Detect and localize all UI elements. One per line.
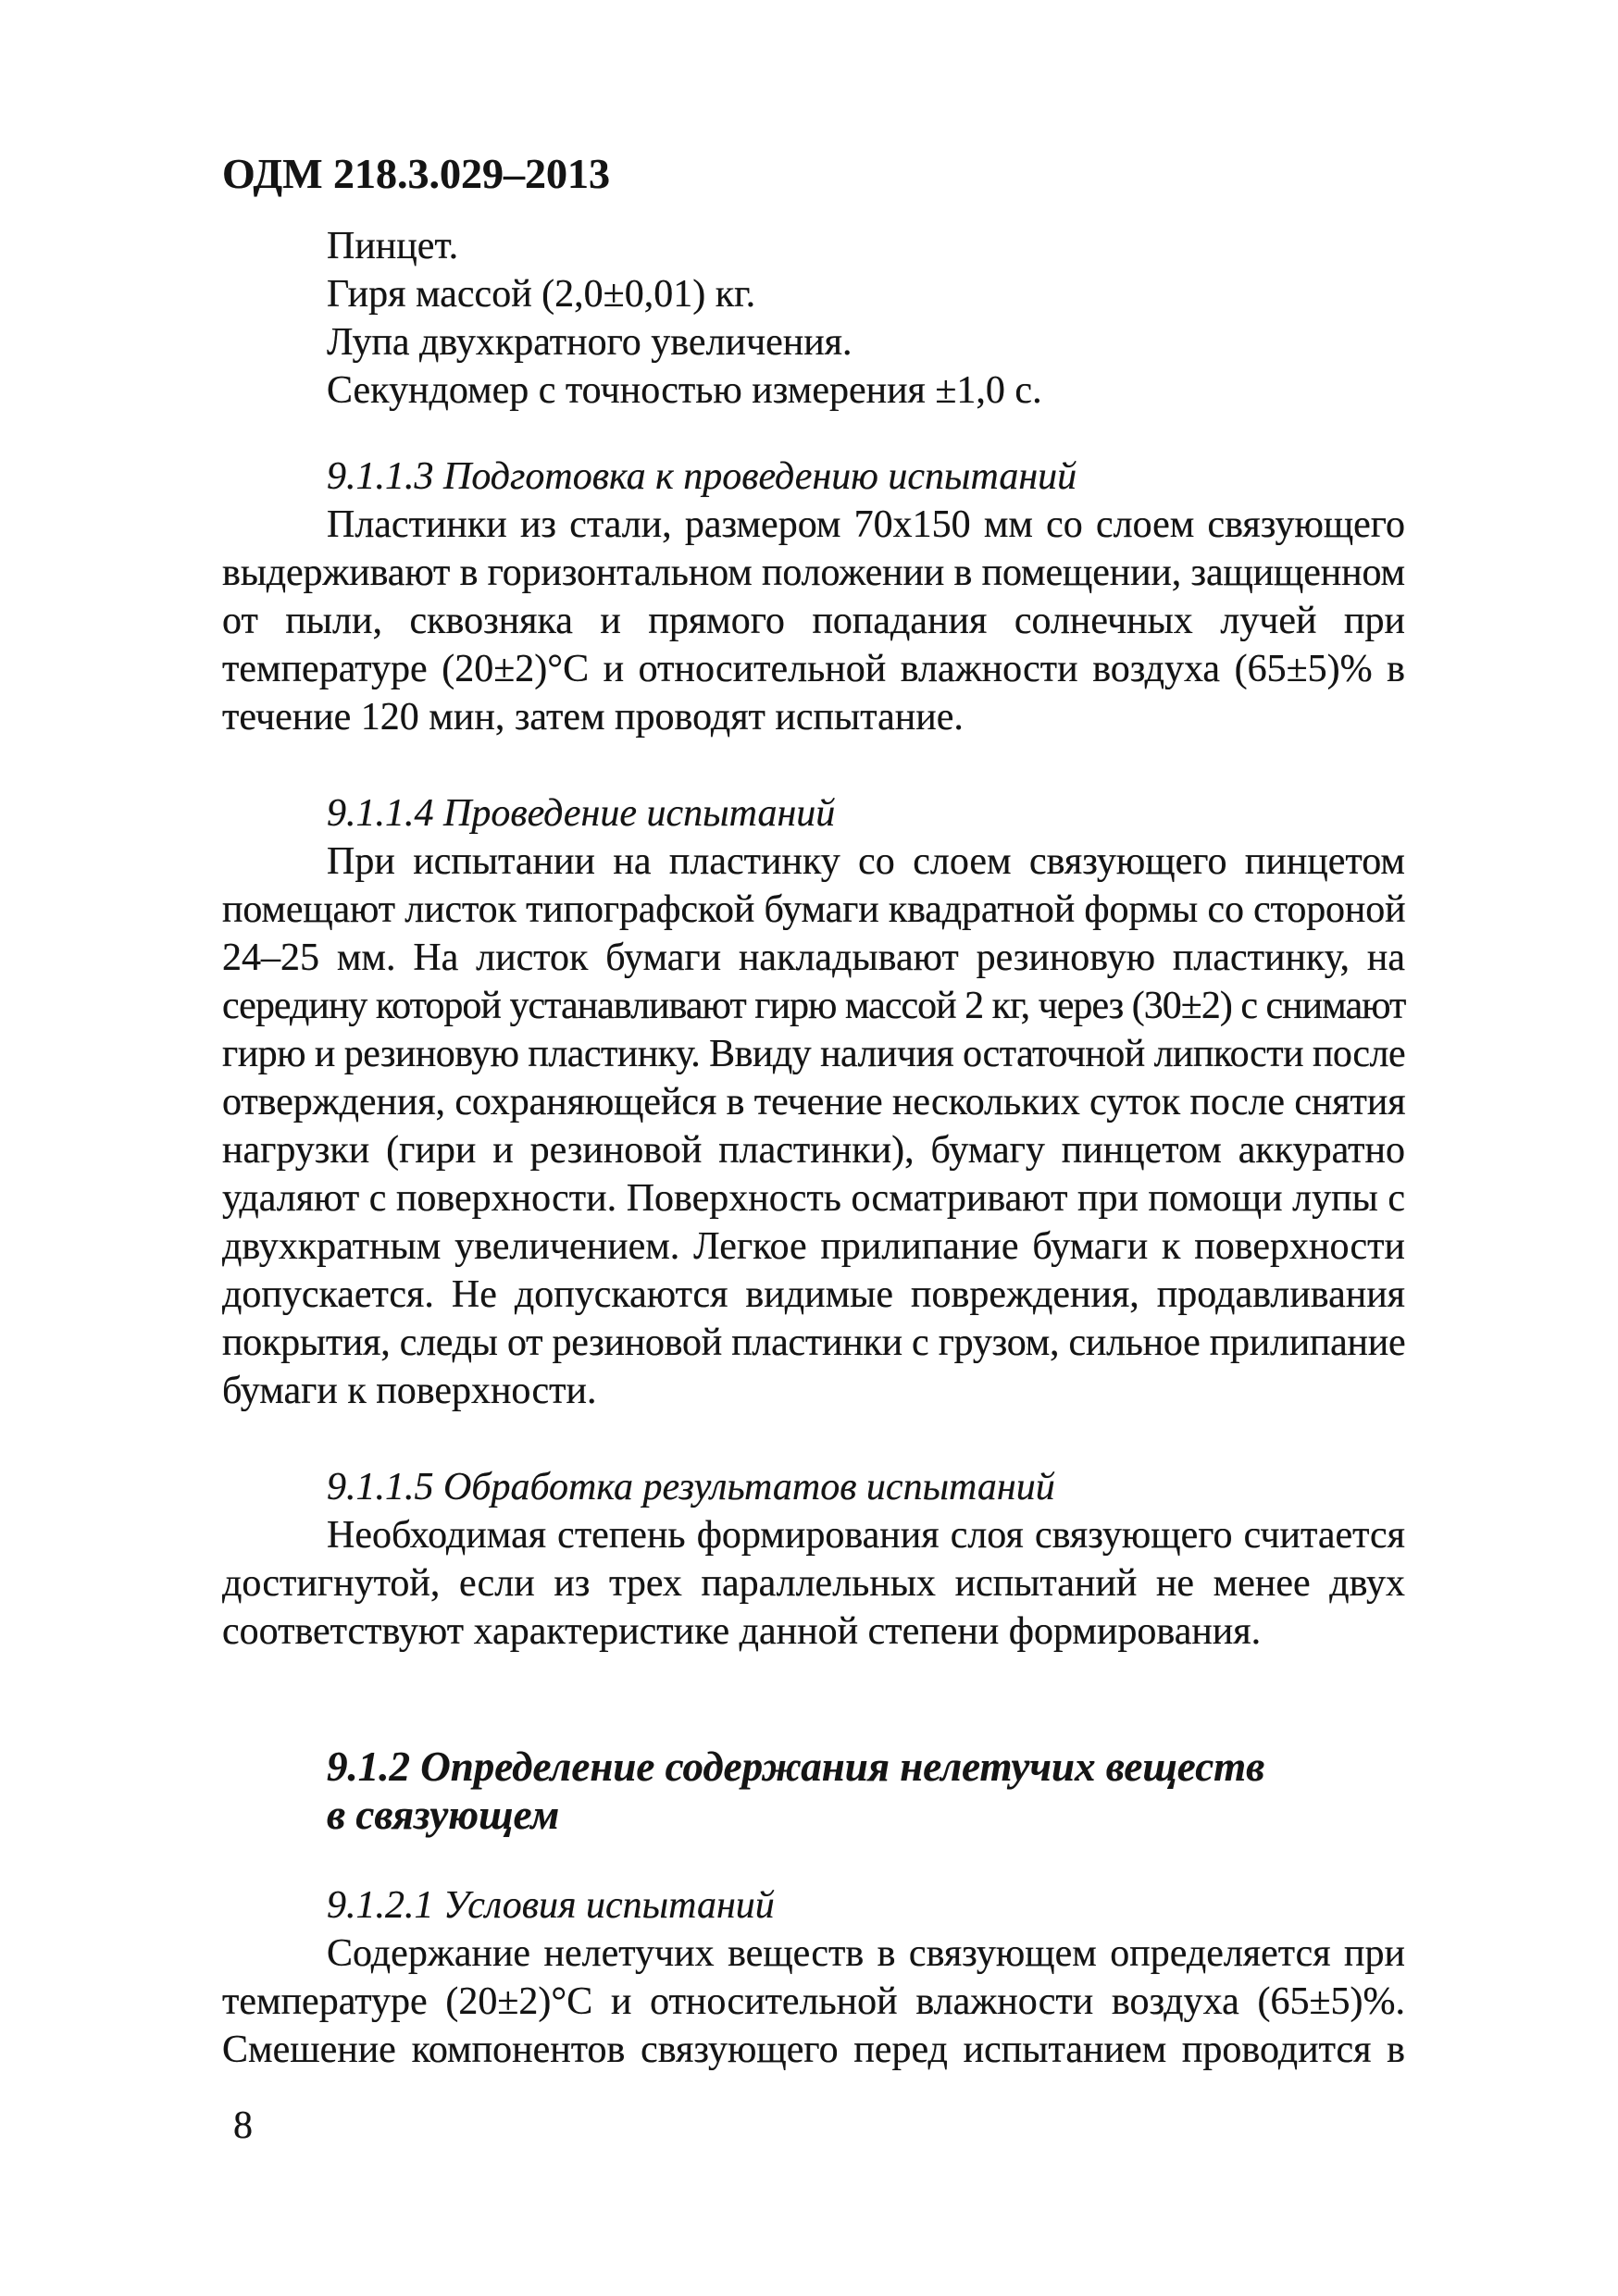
equipment-list-line-4: Секундомер с точностью измерения ±1,0 с. bbox=[222, 366, 1405, 415]
heading-9-1-2-line-2: в связующем bbox=[222, 1791, 1405, 1839]
paragraph-9-1-1-5-line-2: достигнутой, если из трех параллельных и… bbox=[222, 1559, 1405, 1607]
paragraph-9-1-1-5-line-3: соответствуют характеристике данной степ… bbox=[222, 1607, 1405, 1656]
paragraph-9-1-1-3-line-1: Пластинки из стали, размером 70х150 мм с… bbox=[222, 501, 1405, 549]
paragraph-9-1-1-4-line-12: бумаги к поверхности. bbox=[222, 1367, 1405, 1415]
document-code-header: ОДМ 218.3.029–2013 bbox=[222, 150, 610, 198]
paragraph-9-1-2-1-line-3: Смешение компонентов связующего перед ис… bbox=[222, 2026, 1405, 2074]
paragraph-9-1-1-5: Необходимая степень формирования слоя св… bbox=[222, 1511, 1405, 1656]
document-page: ОДМ 218.3.029–2013 Пинцет.Гиря массой (2… bbox=[0, 0, 1618, 2296]
paragraph-9-1-1-3: Пластинки из стали, размером 70х150 мм с… bbox=[222, 501, 1405, 741]
paragraph-9-1-1-4-line-11: покрытия, следы от резиновой пластинки с… bbox=[222, 1319, 1405, 1367]
heading-9-1-2-1: 9.1.2.1 Условия испытаний bbox=[222, 1881, 1510, 1930]
paragraph-9-1-1-4: При испытании на пластинку со слоем связ… bbox=[222, 838, 1405, 1415]
paragraph-9-1-1-4-line-3: 24–25 мм. На листок бумаги накладывают р… bbox=[222, 934, 1405, 982]
page-number: 8 bbox=[233, 2102, 253, 2150]
paragraph-9-1-1-4-line-7: нагрузки (гири и резиновой пластинки), б… bbox=[222, 1126, 1405, 1174]
paragraph-9-1-1-3-line-2: выдерживают в горизонтальном положении в… bbox=[222, 549, 1405, 597]
heading-9-1-1-5: 9.1.1.5 Обработка результатов испытаний bbox=[222, 1463, 1510, 1511]
paragraph-9-1-2-1-line-1: Содержание нелетучих веществ в связующем… bbox=[222, 1930, 1405, 1978]
equipment-list: Пинцет.Гиря массой (2,0±0,01) кг.Лупа дв… bbox=[222, 222, 1405, 415]
heading-9-1-1-3: 9.1.1.3 Подготовка к проведению испытани… bbox=[222, 453, 1510, 501]
paragraph-9-1-1-4-line-6: отверждения, сохраняющейся в течение нес… bbox=[222, 1078, 1405, 1126]
paragraph-9-1-1-4-line-8: удаляют с поверхности. Поверхность осмат… bbox=[222, 1174, 1405, 1222]
paragraph-9-1-1-4-line-5: гирю и резиновую пластинку. Ввиду наличи… bbox=[222, 1030, 1405, 1078]
heading-9-1-1-4: 9.1.1.4 Проведение испытаний bbox=[222, 789, 1510, 838]
paragraph-9-1-1-3-line-5: течение 120 мин, затем проводят испытани… bbox=[222, 693, 1405, 741]
paragraph-9-1-1-4-line-10: допускается. Не допускаются видимые повр… bbox=[222, 1271, 1405, 1319]
paragraph-9-1-1-4-line-9: двухкратным увеличением. Легкое прилипан… bbox=[222, 1222, 1405, 1271]
equipment-list-line-2: Гиря массой (2,0±0,01) кг. bbox=[222, 270, 1405, 318]
paragraph-9-1-2-1-line-2: температуре (20±2)°С и относительной вла… bbox=[222, 1978, 1405, 2026]
equipment-list-line-1: Пинцет. bbox=[222, 222, 1405, 270]
paragraph-9-1-1-4-line-2: помещают листок типографской бумаги квад… bbox=[222, 886, 1405, 934]
paragraph-9-1-1-3-line-4: температуре (20±2)°С и относительной вла… bbox=[222, 645, 1405, 693]
paragraph-9-1-1-4-line-4: середину которой устанавливают гирю масс… bbox=[222, 982, 1405, 1030]
heading-9-1-2: 9.1.2 Определение содержания нелетучих в… bbox=[222, 1743, 1405, 1839]
heading-9-1-2-line-1: 9.1.2 Определение содержания нелетучих в… bbox=[222, 1743, 1405, 1791]
paragraph-9-1-1-3-line-3: от пыли, сквозняка и прямого попадания с… bbox=[222, 597, 1405, 645]
paragraph-9-1-1-5-line-1: Необходимая степень формирования слоя св… bbox=[222, 1511, 1405, 1559]
paragraph-9-1-2-1: Содержание нелетучих веществ в связующем… bbox=[222, 1930, 1405, 2074]
equipment-list-line-3: Лупа двухкратного увеличения. bbox=[222, 318, 1405, 366]
paragraph-9-1-1-4-line-1: При испытании на пластинку со слоем связ… bbox=[222, 838, 1405, 886]
